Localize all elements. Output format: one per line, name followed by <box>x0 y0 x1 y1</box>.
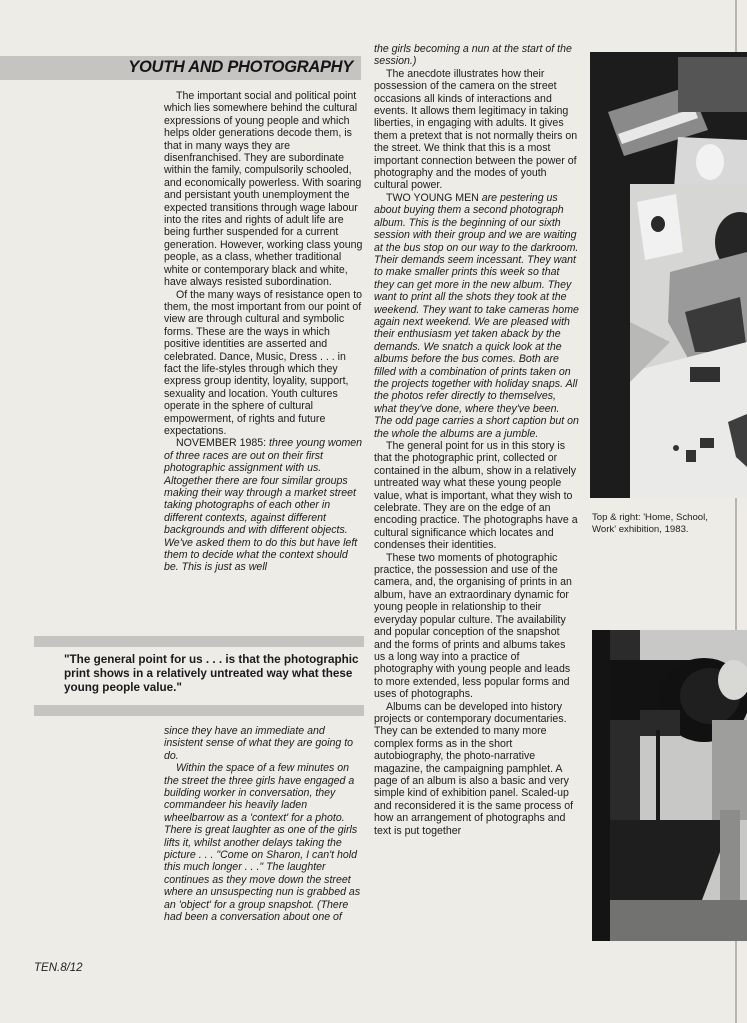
lead-caps: NOVEMBER 1985: <box>176 437 269 449</box>
italic-text: three young women of three races are out… <box>164 437 362 573</box>
column-2: the girls becoming a nun at the start of… <box>374 43 579 837</box>
paragraph: Within the space of a few minutes on the… <box>164 762 364 923</box>
paragraph: The important social and political point… <box>164 90 364 289</box>
paragraph-two-young-men: TWO YOUNG MEN are pestering us about buy… <box>374 192 579 440</box>
italic-text: are pestering us about buying them a sec… <box>374 192 579 440</box>
lead-caps: TWO YOUNG MEN <box>386 192 482 204</box>
title-bar: YOUTH AND PHOTOGRAPHY <box>0 56 361 80</box>
pull-quote-bar-top <box>34 636 364 647</box>
column-1: The important social and political point… <box>164 90 364 574</box>
paragraph: the girls becoming a nun at the start of… <box>374 43 579 68</box>
article-title: YOUTH AND PHOTOGRAPHY <box>128 58 353 77</box>
paragraph: Albums can be developed into history pro… <box>374 701 579 837</box>
photo-caption: Top & right: 'Home, School, Work' exhibi… <box>592 512 712 535</box>
exhibition-photo-bottom <box>592 630 747 941</box>
paragraph-november: NOVEMBER 1985: three young women of thre… <box>164 437 364 573</box>
paragraph: since they have an immediate and insiste… <box>164 725 364 762</box>
paragraph: Of the many ways of resistance open to t… <box>164 289 364 438</box>
paragraph: These two moments of photographic practi… <box>374 552 579 701</box>
exhibition-photo-top <box>590 52 747 498</box>
pull-quote-bar-bottom <box>34 705 364 716</box>
photo-image-young-man-with-snapshots <box>590 52 747 498</box>
pull-quote: "The general point for us . . . is that … <box>64 653 364 696</box>
paragraph: The anecdote illustrates how their posse… <box>374 68 579 192</box>
column-1-continued: since they have an immediate and insiste… <box>164 725 364 924</box>
photo-image-studio-lamp <box>592 630 747 941</box>
page-folio: TEN.8/12 <box>34 962 83 974</box>
paragraph: The general point for us in this story i… <box>374 440 579 552</box>
